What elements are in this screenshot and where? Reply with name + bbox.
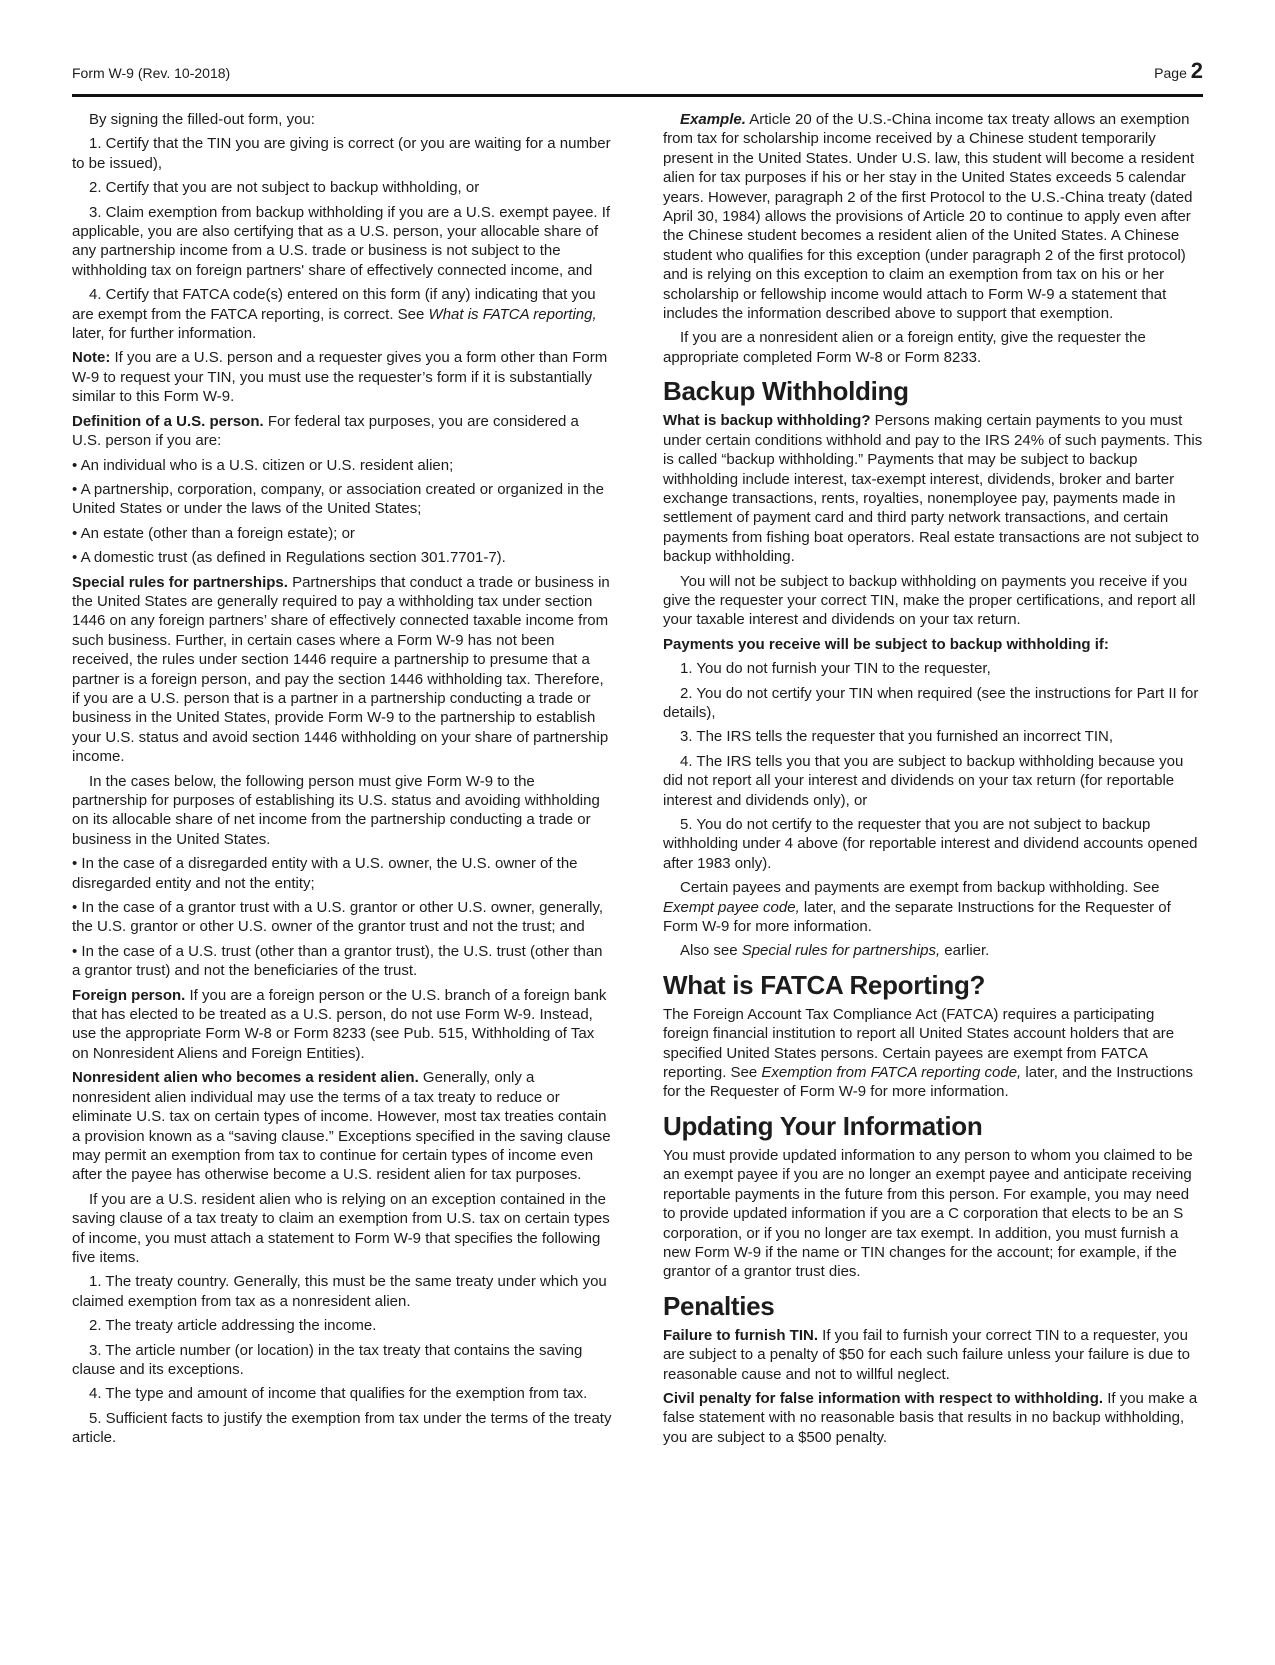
paragraph: You must provide updated information to …	[663, 1146, 1203, 1282]
text-run: 3. Claim exemption from backup withholdi…	[72, 204, 610, 279]
text-run: 5. You do not certify to the requester t…	[663, 816, 1198, 872]
section-heading: Penalties	[663, 1291, 1203, 1321]
text-run: Certain payees and payments are exempt f…	[680, 879, 1159, 896]
paragraph: • A partnership, corporation, company, o…	[72, 480, 612, 519]
paragraph: 3. The IRS tells the requester that you …	[663, 727, 1203, 746]
text-run: Generally, only a nonresident alien indi…	[72, 1069, 611, 1183]
text-run: 2. You do not certify your TIN when requ…	[663, 685, 1198, 721]
page-number: 2	[1191, 58, 1203, 83]
text-run: • In the case of a disregarded entity wi…	[72, 855, 578, 891]
paragraph: 3. The article number (or location) in t…	[72, 1341, 612, 1380]
paragraph: 4. The type and amount of income that qu…	[72, 1384, 612, 1403]
text-run: What is backup withholding?	[663, 412, 871, 429]
text-run: Failure to furnish TIN.	[663, 1327, 818, 1344]
page-word: Page	[1154, 65, 1187, 81]
text-run: 2. Certify that you are not subject to b…	[89, 179, 479, 196]
paragraph: Note: If you are a U.S. person and a req…	[72, 348, 612, 406]
paragraph: • An estate (other than a foreign estate…	[72, 524, 612, 543]
text-run: Foreign person.	[72, 987, 185, 1004]
text-run: Nonresident alien who becomes a resident…	[72, 1069, 419, 1086]
paragraph: 1. Certify that the TIN you are giving i…	[72, 134, 612, 173]
text-run: 1. You do not furnish your TIN to the re…	[680, 660, 991, 677]
page-content: By signing the filled-out form, you:1. C…	[72, 110, 1203, 1453]
paragraph: 2. Certify that you are not subject to b…	[72, 178, 612, 197]
paragraph: Example. Article 20 of the U.S.-China in…	[663, 110, 1203, 323]
page-indicator: Page 2	[1154, 62, 1203, 82]
text-run: Definition of a U.S. person.	[72, 413, 264, 430]
paragraph: Foreign person. If you are a foreign per…	[72, 986, 612, 1064]
form-id: Form W-9 (Rev. 10-2018)	[72, 64, 230, 82]
text-run: 5. Sufficient facts to justify the exemp…	[72, 1410, 611, 1446]
paragraph: • In the case of a U.S. trust (other tha…	[72, 942, 612, 981]
paragraph: 4. The IRS tells you that you are subjec…	[663, 752, 1203, 810]
section-heading: Backup Withholding	[663, 376, 1203, 406]
paragraph: • An individual who is a U.S. citizen or…	[72, 456, 612, 475]
paragraph: By signing the filled-out form, you:	[72, 110, 612, 129]
text-run: • In the case of a grantor trust with a …	[72, 899, 603, 935]
paragraph: Failure to furnish TIN. If you fail to f…	[663, 1326, 1203, 1384]
paragraph: 5. You do not certify to the requester t…	[663, 815, 1203, 873]
text-run: In the cases below, the following person…	[72, 773, 600, 848]
text-run: 1. The treaty country. Generally, this m…	[72, 1273, 607, 1309]
text-run: • An estate (other than a foreign estate…	[72, 525, 355, 542]
paragraph: 1. You do not furnish your TIN to the re…	[663, 659, 1203, 678]
text-run: Partnerships that conduct a trade or bus…	[72, 574, 610, 766]
text-run: Article 20 of the U.S.-China income tax …	[663, 111, 1194, 322]
text-run: 3. The IRS tells the requester that you …	[680, 728, 1113, 745]
text-run: Payments you receive will be subject to …	[663, 636, 1109, 653]
text-run: By signing the filled-out form, you:	[89, 111, 315, 128]
paragraph: Definition of a U.S. person. For federal…	[72, 412, 612, 451]
text-run: • A domestic trust (as defined in Regula…	[72, 549, 506, 566]
paragraph: Also see Special rules for partnerships,…	[663, 941, 1203, 960]
text-run: Special rules for partnerships,	[742, 942, 940, 959]
document-page: Form W-9 (Rev. 10-2018) Page 2 By signin…	[0, 0, 1275, 1665]
text-run: 3. The article number (or location) in t…	[72, 1342, 582, 1378]
paragraph: In the cases below, the following person…	[72, 772, 612, 850]
text-run: • A partnership, corporation, company, o…	[72, 481, 604, 517]
paragraph: Certain payees and payments are exempt f…	[663, 878, 1203, 936]
paragraph: You will not be subject to backup withho…	[663, 572, 1203, 630]
text-run: Civil penalty for false information with…	[663, 1390, 1103, 1407]
text-run: Note:	[72, 349, 110, 366]
paragraph: 1. The treaty country. Generally, this m…	[72, 1272, 612, 1311]
text-run: You must provide updated information to …	[663, 1147, 1193, 1280]
header-rule	[72, 94, 1203, 97]
text-run: 4. The IRS tells you that you are subjec…	[663, 753, 1183, 809]
section-heading: What is FATCA Reporting?	[663, 970, 1203, 1000]
text-run: If you are a U.S. person and a requester…	[72, 349, 607, 405]
text-run: You will not be subject to backup withho…	[663, 573, 1195, 629]
paragraph: 2. You do not certify your TIN when requ…	[663, 684, 1203, 723]
page-header: Form W-9 (Rev. 10-2018) Page 2	[72, 62, 1203, 82]
paragraph: Civil penalty for false information with…	[663, 1389, 1203, 1447]
column-left: By signing the filled-out form, you:1. C…	[72, 110, 612, 1453]
paragraph: Special rules for partnerships. Partners…	[72, 573, 612, 767]
paragraph: 3. Claim exemption from backup withholdi…	[72, 203, 612, 281]
paragraph: 4. Certify that FATCA code(s) entered on…	[72, 285, 612, 343]
paragraph: If you are a nonresident alien or a fore…	[663, 328, 1203, 367]
text-run: Also see	[680, 942, 742, 959]
column-right: Example. Article 20 of the U.S.-China in…	[663, 110, 1203, 1453]
text-run: Example.	[680, 111, 746, 128]
paragraph: 5. Sufficient facts to justify the exemp…	[72, 1409, 612, 1448]
paragraph: The Foreign Account Tax Compliance Act (…	[663, 1005, 1203, 1102]
paragraph: Payments you receive will be subject to …	[663, 635, 1203, 654]
text-run: • In the case of a U.S. trust (other tha…	[72, 943, 603, 979]
section-heading: Updating Your Information	[663, 1111, 1203, 1141]
text-run: 1. Certify that the TIN you are giving i…	[72, 135, 611, 171]
paragraph: If you are a U.S. resident alien who is …	[72, 1190, 612, 1268]
paragraph: • In the case of a grantor trust with a …	[72, 898, 612, 937]
text-run: later, for further information.	[72, 325, 256, 342]
text-run: Exemption from FATCA reporting code,	[761, 1064, 1021, 1081]
text-run: Special rules for partnerships.	[72, 574, 288, 591]
text-run: If you are a nonresident alien or a fore…	[663, 329, 1146, 365]
paragraph: 2. The treaty article addressing the inc…	[72, 1316, 612, 1335]
paragraph: What is backup withholding? Persons maki…	[663, 411, 1203, 566]
text-run: If you are a U.S. resident alien who is …	[72, 1191, 610, 1266]
paragraph: • In the case of a disregarded entity wi…	[72, 854, 612, 893]
text-run: 4. The type and amount of income that qu…	[89, 1385, 587, 1402]
text-run: Persons making certain payments to you m…	[663, 412, 1202, 565]
paragraph: Nonresident alien who becomes a resident…	[72, 1068, 612, 1184]
text-run: What is FATCA reporting,	[429, 306, 597, 323]
text-run: Exempt payee code,	[663, 899, 800, 916]
text-run: earlier.	[940, 942, 989, 959]
text-run: • An individual who is a U.S. citizen or…	[72, 457, 453, 474]
paragraph: • A domestic trust (as defined in Regula…	[72, 548, 612, 567]
text-run: 2. The treaty article addressing the inc…	[89, 1317, 376, 1334]
